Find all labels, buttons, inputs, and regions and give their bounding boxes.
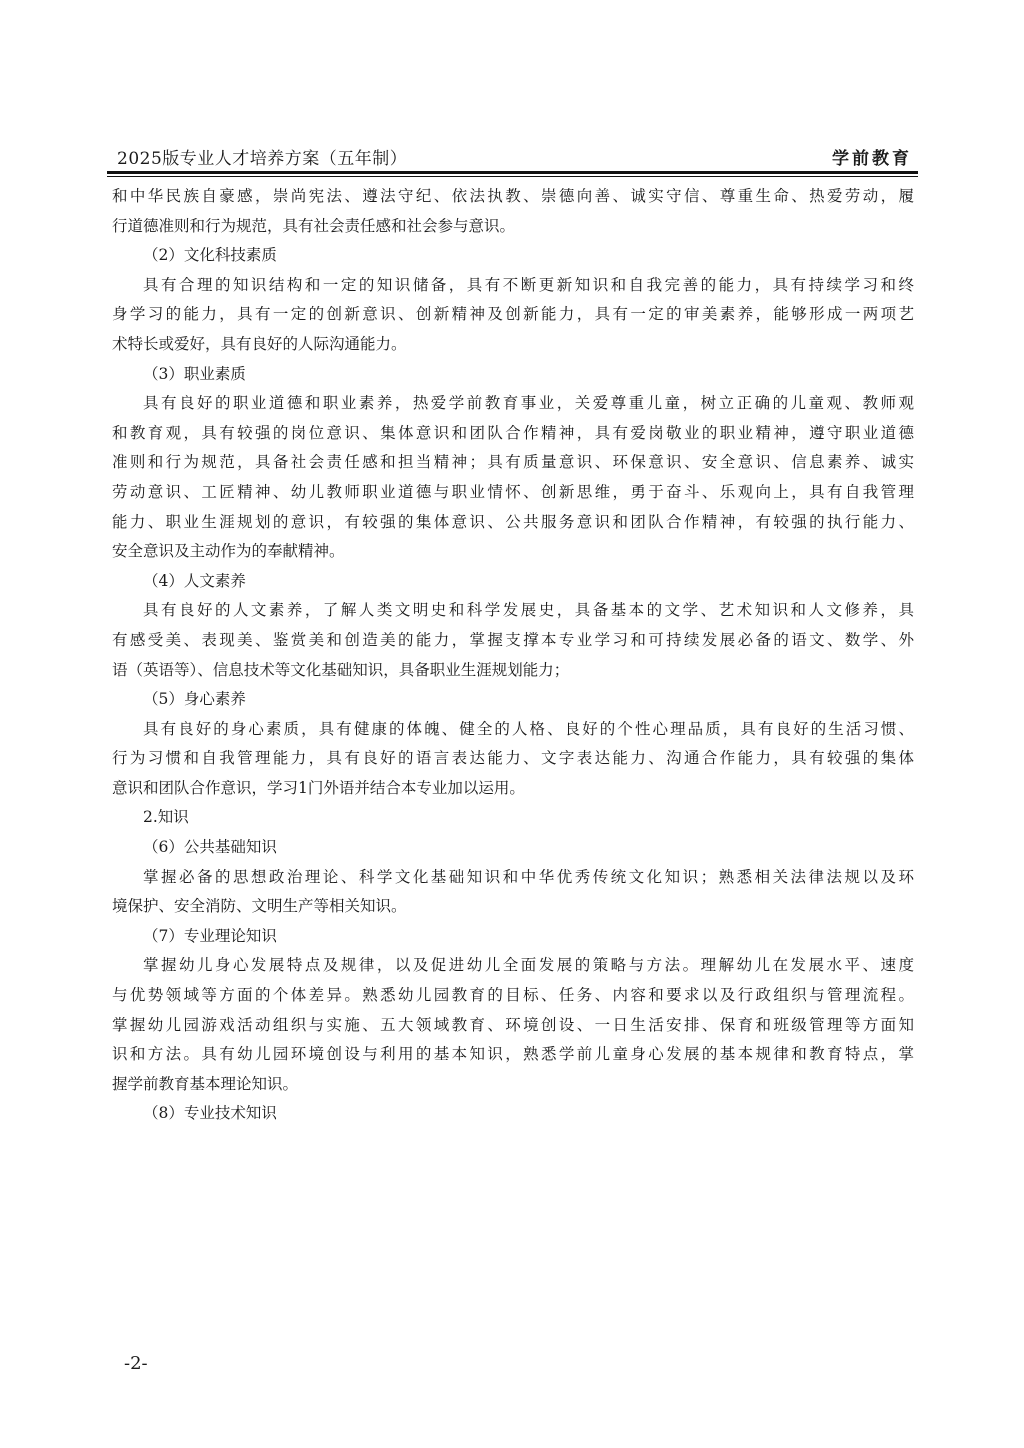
paragraph-line: 具有良好的人文素养，了解人类文明史和科学发展史，具备基本的文学、艺术知识和人文修… [112,596,914,626]
section-heading-professional: （3）职业素质 [112,360,914,390]
paragraph-line: 具有良好的职业道德和职业素养，热爱学前教育事业，关爱尊重儿童，树立正确的儿童观、… [112,389,914,419]
section-heading-public-basics: （6）公共基础知识 [112,833,914,863]
paragraph-line: 语（英语等）、信息技术等文化基础知识，具备职业生涯规划能力； [112,656,914,686]
paragraph-line: 握学前教育基本理论知识。 [112,1070,914,1100]
header-rule-thin [107,176,918,177]
document-page: 2025版专业人才培养方案（五年制） 学前教育 和中华民族自豪感，崇尚宪法、遵法… [0,0,1024,1448]
paragraph-line: 意识和团队合作意识，学习1门外语并结合本专业加以运用。 [112,774,914,804]
paragraph-line: 术特长或爱好，具有良好的人际沟通能力。 [112,330,914,360]
paragraph-line: 准则和行为规范，具备社会责任感和担当精神；具有质量意识、环保意识、安全意识、信息… [112,448,914,478]
paragraph-line: 行为习惯和自我管理能力，具有良好的语言表达能力、文字表达能力、沟通合作能力，具有… [112,744,914,774]
paragraph-line: 和中华民族自豪感，崇尚宪法、遵法守纪、依法执教、崇德向善、诚实守信、尊重生命、热… [112,182,914,212]
paragraph-line: 有感受美、表现美、鉴赏美和创造美的能力，掌握支撑本专业学习和可持续发展必备的语文… [112,626,914,656]
section-heading-humanities: （4）人文素养 [112,567,914,597]
paragraph-line: 行道德准则和行为规范，具有社会责任感和社会参与意识。 [112,212,914,242]
header-rule-thick [107,171,918,174]
paragraph-line: 身学习的能力，具有一定的创新意识、创新精神及创新能力，具有一定的审美素养，能够形… [112,300,914,330]
section-name: 学前教育 [832,144,912,169]
section-heading-professional-technical: （8）专业技术知识 [112,1099,914,1129]
paragraph-line: 安全意识及主动作为的奉献精神。 [112,537,914,567]
paragraph-line: 掌握必备的思想政治理论、科学文化基础知识和中华优秀传统文化知识；熟悉相关法律法规… [112,863,914,893]
paragraph-line: 和教育观，具有较强的岗位意识、集体意识和团队合作精神，具有爱岗敬业的职业精神，遵… [112,419,914,449]
paragraph-line: 掌握幼儿园游戏活动组织与实施、五大领域教育、环境创设、一日生活安排、保育和班级管… [112,1011,914,1041]
paragraph-line: 境保护、安全消防、文明生产等相关知识。 [112,892,914,922]
paragraph-line: 具有良好的身心素质，具有健康的体魄、健全的人格、良好的个性心理品质，具有良好的生… [112,715,914,745]
paragraph-line: 劳动意识、工匠精神、幼儿教师职业道德与职业情怀、创新思维，勇于奋斗、乐观向上，具… [112,478,914,508]
knowledge-heading: 2.知识 [112,803,914,833]
body-text: 和中华民族自豪感，崇尚宪法、遵法守纪、依法执教、崇德向善、诚实守信、尊重生命、热… [112,182,914,1129]
paragraph-line: 掌握幼儿身心发展特点及规律，以及促进幼儿全面发展的策略与方法。理解幼儿在发展水平… [112,951,914,981]
page-header: 2025版专业人才培养方案（五年制） 学前教育 [107,142,918,170]
section-heading-physical-mental: （5）身心素养 [112,685,914,715]
paragraph-line: 与优势领域等方面的个体差异。熟悉幼儿园教育的目标、任务、内容和要求以及行政组织与… [112,981,914,1011]
document-title: 2025版专业人才培养方案（五年制） [117,144,407,169]
section-heading-professional-theory: （7）专业理论知识 [112,922,914,952]
section-heading-culture-tech: （2）文化科技素质 [112,241,914,271]
page-number: -2- [124,1353,148,1374]
paragraph-line: 能力、职业生涯规划的意识，有较强的集体意识、公共服务意识和团队合作精神，有较强的… [112,508,914,538]
paragraph-line: 具有合理的知识结构和一定的知识储备，具有不断更新知识和自我完善的能力，具有持续学… [112,271,914,301]
paragraph-line: 识和方法。具有幼儿园环境创设与利用的基本知识，熟悉学前儿童身心发展的基本规律和教… [112,1040,914,1070]
